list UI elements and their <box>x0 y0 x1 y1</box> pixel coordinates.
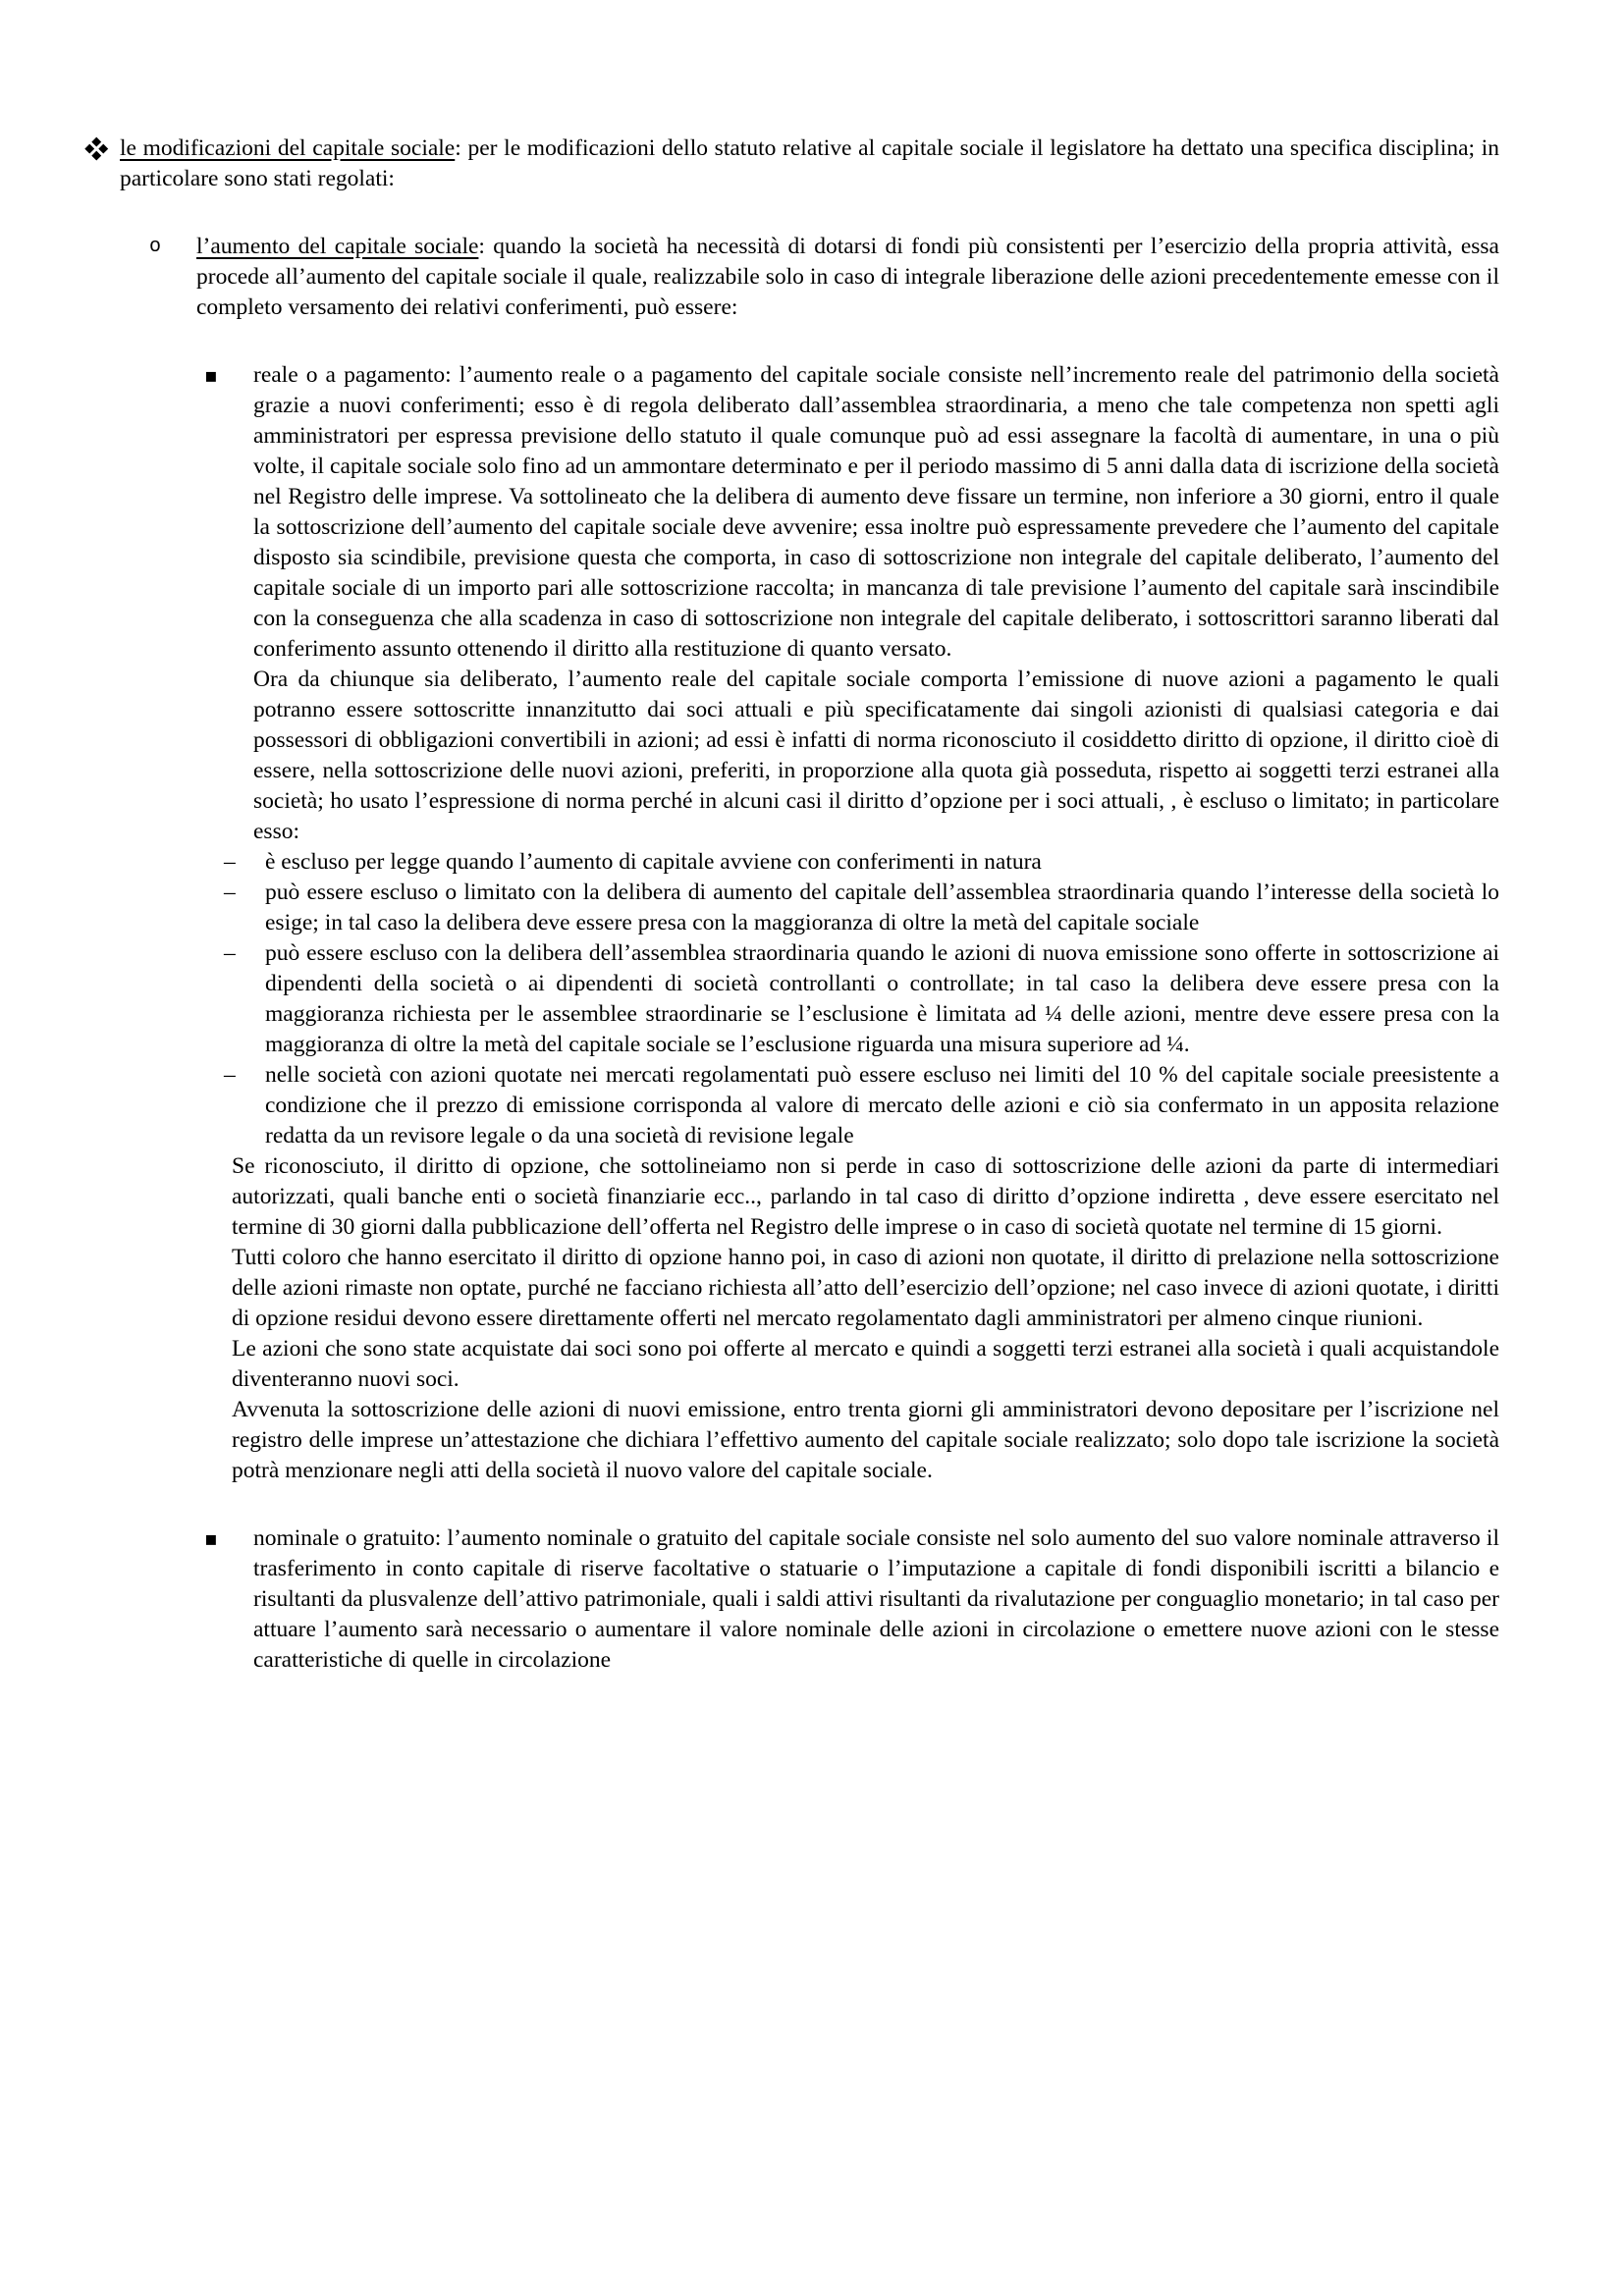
paragraph-nominale-1: nominale o gratuito: l’aumento nominale … <box>253 1523 1499 1676</box>
list-item-escluso-per-legge: – è escluso per legge quando l’aumento d… <box>0 847 1623 878</box>
paragraph-reale-5: Le azioni che sono state acquistate dai … <box>232 1334 1499 1395</box>
dash-bullet-icon: – <box>224 938 236 969</box>
list-item-reale-o-a-pagamento: ▪ reale o a pagamento: l’aumento reale o… <box>0 360 1623 1486</box>
diamond-bullet-icon <box>86 138 107 159</box>
square-bullet-icon: ▪ <box>204 1523 218 1554</box>
paragraph-reale-3: Se riconosciuto, il diritto di opzione, … <box>232 1151 1499 1243</box>
paragraph-reale-2: Ora da chiunque sia deliberato, l’aument… <box>253 665 1499 847</box>
list-item-aumento: o l’aumento del capitale sociale: quando… <box>0 232 1623 323</box>
list-item-societa-quotate: – nelle società con azioni quotate nei m… <box>0 1060 1623 1151</box>
list-item-modificazioni: le modificazioni del capitale sociale: p… <box>0 133 1623 194</box>
paragraph-sub-1: è escluso per legge quando l’aumento di … <box>265 847 1499 878</box>
paragraph-reale-1: reale o a pagamento: l’aumento reale o a… <box>253 360 1499 665</box>
dash-bullet-icon: – <box>224 847 236 878</box>
dash-bullet-icon: – <box>224 878 236 908</box>
paragraph-reale-6: Avvenuta la sottoscrizione delle azioni … <box>232 1395 1499 1486</box>
list-item-escluso-dipendenti: – può essere escluso con la delibera del… <box>0 938 1623 1060</box>
paragraph-reale-4: Tutti coloro che hanno esercitato il dir… <box>232 1243 1499 1334</box>
heading-aumento: l’aumento del capitale sociale <box>196 234 478 259</box>
paragraph-aumento: l’aumento del capitale sociale: quando l… <box>196 232 1499 323</box>
paragraph-sub-4: nelle società con azioni quotate nei mer… <box>265 1060 1499 1151</box>
list-item-escluso-o-limitato: – può essere escluso o limitato con la d… <box>0 878 1623 938</box>
heading-modificazioni: le modificazioni del capitale sociale <box>120 135 455 161</box>
square-bullet-icon: ▪ <box>204 360 218 391</box>
list-item-nominale-o-gratuito: ▪ nominale o gratuito: l’aumento nominal… <box>0 1523 1623 1676</box>
paragraph-sub-3: può essere escluso con la delibera dell’… <box>265 938 1499 1060</box>
paragraph-sub-2: può essere escluso o limitato con la del… <box>265 878 1499 938</box>
dash-bullet-icon: – <box>224 1060 236 1091</box>
paragraph-modificazioni: le modificazioni del capitale sociale: p… <box>120 133 1499 194</box>
document-page: le modificazioni del capitale sociale: p… <box>0 0 1623 2296</box>
circle-bullet-icon: o <box>149 232 161 262</box>
